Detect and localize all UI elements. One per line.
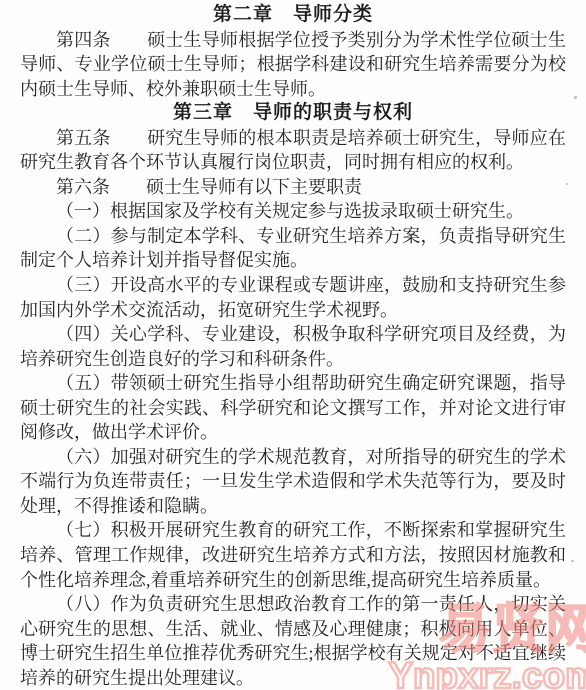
paragraph: （三）开设高水平的专业课程或专题讲座，鼓励和支持研究生参加国内外学术交流活动，拓… xyxy=(20,273,566,322)
paragraph: （六）加强对研究生的学术规范教育，对所指导的研究生的学术不端行为负连带责任；一旦… xyxy=(20,445,566,519)
scan-speck xyxy=(571,560,574,562)
paragraph: 第六条 硕士生导师有以下主要职责 xyxy=(20,175,566,200)
chapter-heading: 第二章 导师分类 xyxy=(20,3,566,28)
paragraph: 第五条 研究生导师的根本职责是培养硕士研究生，导师应在研究生教育各个环节认真履行… xyxy=(20,126,566,175)
document-body: 第二章 导师分类第四条 硕士生导师根据学位授予类别分为学术性学位硕士生导师、专业… xyxy=(20,3,566,690)
paragraph: （七）积极开展研究生教育的研究工作，不断探索和掌握研究生培养、管理工作规律，改进… xyxy=(20,518,566,592)
scan-speck xyxy=(566,183,568,185)
scan-speck xyxy=(574,96,577,99)
document-page: 第二章 导师分类第四条 硕士生导师根据学位授予类别分为学术性学位硕士生导师、专业… xyxy=(0,0,586,690)
chapter-heading: 第三章 导师的职责与权利 xyxy=(20,101,566,126)
paragraph: （一）根据国家及学校有关规定参与选拔录取硕士研究生。 xyxy=(20,199,566,224)
paragraph: （八）作为负责研究生思想政治教育工作的第一责任人，切实关心研究生的思想、生活、就… xyxy=(20,592,566,690)
paragraph: （二）参与制定本学科、专业研究生培养方案，负责指导研究生制定个人培养计划并指导督… xyxy=(20,224,566,273)
paragraph: （四）关心学科、专业建设，积极争取科学研究项目及经费，为培养研究生创造良好的学习… xyxy=(20,322,566,371)
paragraph: （五）带领硕士研究生指导小组帮助研究生确定研究课题，指导硕士研究生的社会实践、科… xyxy=(20,371,566,445)
paragraph: 第四条 硕士生导师根据学位授予类别分为学术性学位硕士生导师、专业学位硕士生导师；… xyxy=(20,28,566,102)
